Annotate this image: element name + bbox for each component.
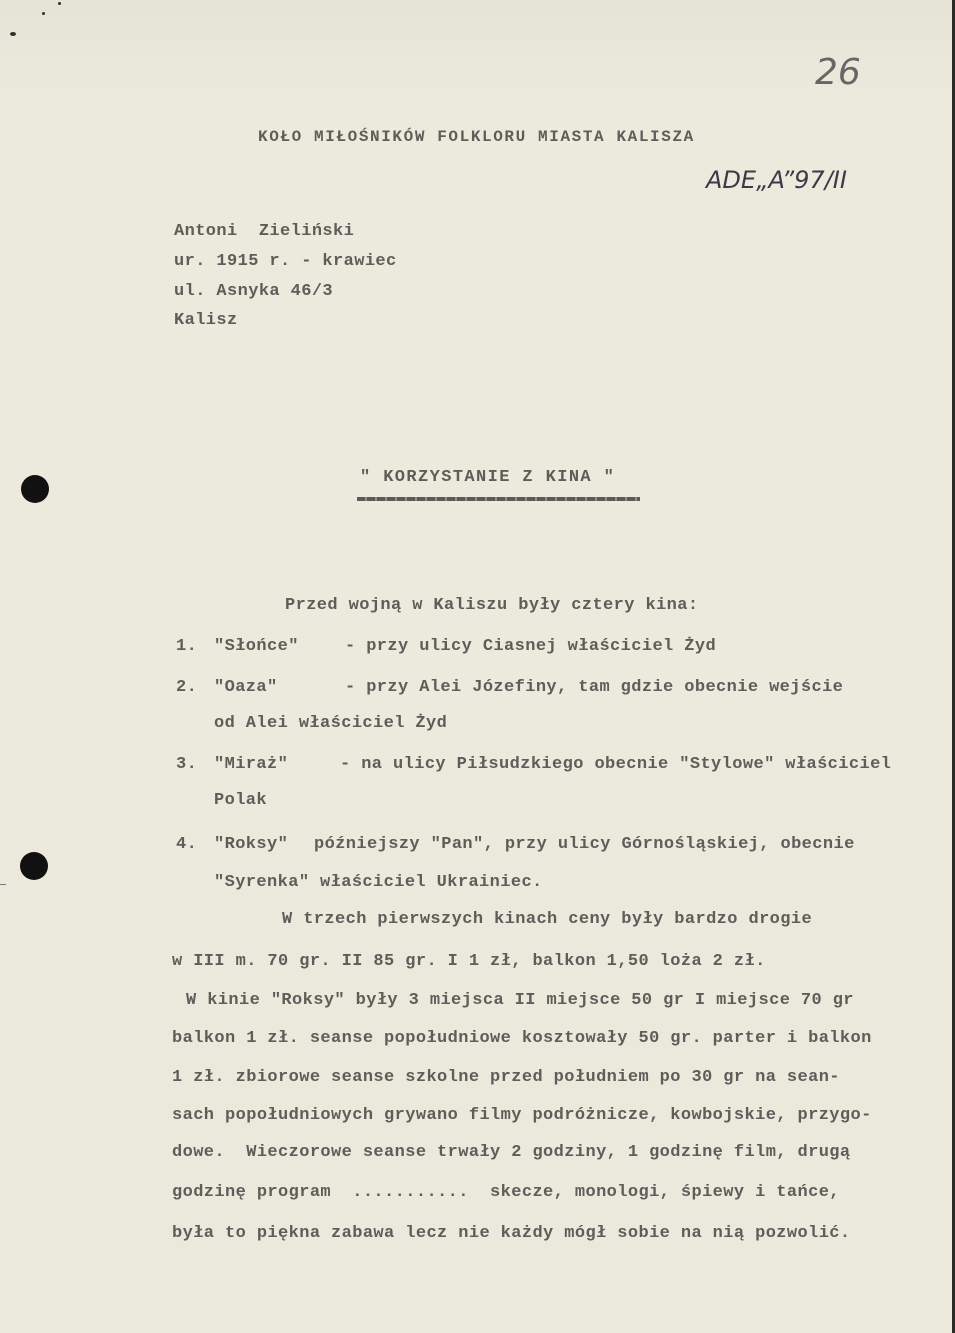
cinema-name: "Słońce": [214, 637, 299, 656]
body-line: W trzech pierwszych kinach ceny były bar…: [282, 910, 812, 929]
list-number: 3.: [176, 755, 197, 774]
intro-line: Przed wojną w Kaliszu były cztery kina:: [285, 596, 698, 615]
body-line: 1 zł. zbiorowe seanse szkolne przed połu…: [172, 1068, 840, 1087]
body-line: dowe. Wieczorowe seanse trwały 2 godziny…: [172, 1143, 851, 1162]
author-address: ul. Asnyka 46/3: [174, 282, 333, 301]
list-number: 2.: [176, 678, 197, 697]
document-page: 26 ADE„A”97/II KOŁO MIŁOŚNIKÓW FOLKLORU …: [0, 0, 955, 1333]
margin-mark: [0, 884, 6, 885]
cinema-continuation: Polak: [214, 791, 267, 810]
punch-hole-top: [21, 475, 49, 503]
body-line: godzinę program ........... skecze, mono…: [172, 1183, 840, 1202]
body-line: była to piękna zabawa lecz nie każdy móg…: [172, 1224, 851, 1243]
cinema-description: - przy ulicy Ciasnej właściciel Żyd: [345, 637, 716, 656]
body-line: W kinie "Roksy" były 3 miejsca II miejsc…: [186, 991, 854, 1010]
organization-header: KOŁO MIŁOŚNIKÓW FOLKLORU MIASTA KALISZA: [258, 128, 695, 146]
punch-hole-bottom: [20, 852, 48, 880]
author-name: Antoni Zieliński: [174, 222, 354, 241]
cinema-description: - przy Alei Józefiny, tam gdzie obecnie …: [345, 678, 843, 697]
cinema-continuation: "Syrenka" właściciel Ukrainiec.: [214, 873, 543, 892]
body-line: sach popołudniowych grywano filmy podróż…: [172, 1106, 872, 1125]
archive-reference: ADE„A”97/II: [706, 166, 847, 194]
body-line: w III m. 70 gr. II 85 gr. I 1 zł, balkon…: [172, 952, 766, 971]
cinema-name: "Oaza": [214, 678, 278, 697]
document-title: " KORZYSTANIE Z KINA ": [360, 468, 615, 487]
ink-speck: [10, 32, 16, 36]
title-underline: [357, 497, 640, 501]
body-line: balkon 1 zł. seanse popołudniowe kosztow…: [172, 1029, 872, 1048]
ink-speck: [58, 2, 61, 5]
ink-speck: [42, 12, 45, 15]
author-city: Kalisz: [174, 311, 238, 330]
cinema-name: "Miraż": [214, 755, 288, 774]
list-number: 4.: [176, 835, 197, 854]
list-number: 1.: [176, 637, 197, 656]
cinema-name: "Roksy": [214, 835, 288, 854]
cinema-continuation: od Alei właściciel Żyd: [214, 714, 447, 733]
cinema-description: późniejszy "Pan", przy ulicy Górnośląski…: [314, 835, 855, 854]
cinema-description: - na ulicy Piłsudzkiego obecnie "Stylowe…: [340, 755, 891, 774]
author-birth-occupation: ur. 1915 r. - krawiec: [174, 252, 397, 271]
page-number: 26: [815, 52, 861, 93]
